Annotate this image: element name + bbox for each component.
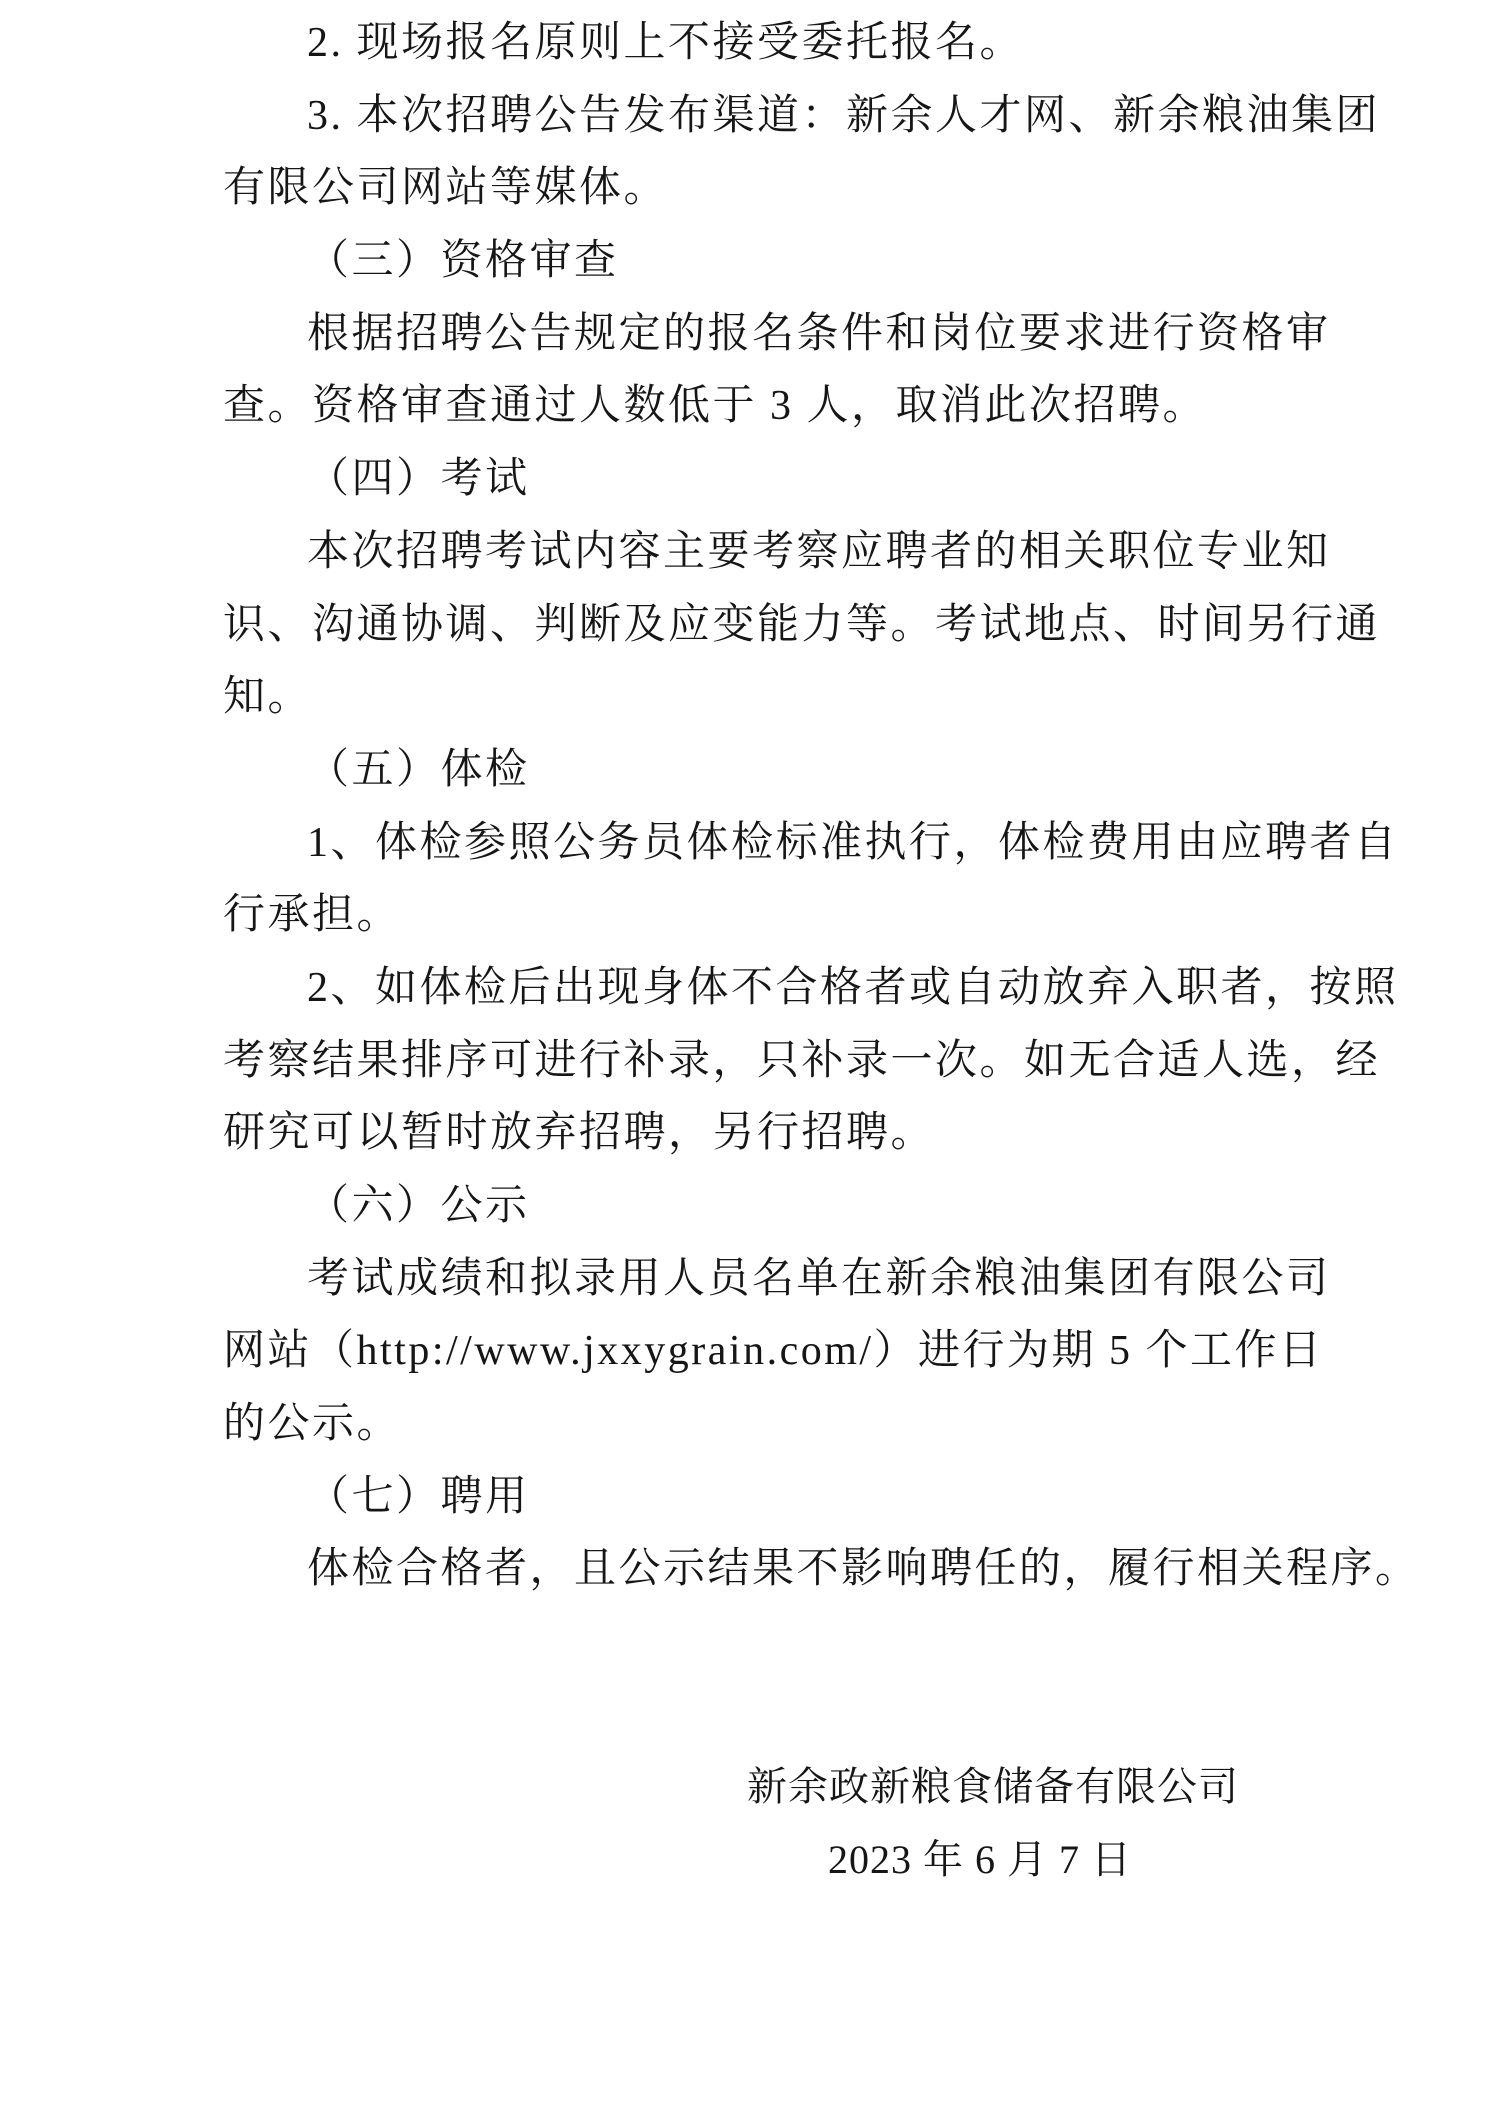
document-lines: 2. 现场报名原则上不接受委托报名。3. 本次招聘公告发布渠道：新余人才网、新余… [223, 7, 1268, 1606]
text-line: 考试成绩和拟录用人员名单在新余粮油集团有限公司 [223, 1243, 1268, 1316]
text-line: 研究可以暂时放弃招聘，另行招聘。 [223, 1097, 1268, 1170]
text-line: 考察结果排序可进行补录，只补录一次。如无合适人选，经 [223, 1025, 1268, 1098]
text-line: 1、体检参照公务员体检标准执行，体检费用由应聘者自 [223, 807, 1268, 880]
text-line: 3. 本次招聘公告发布渠道：新余人才网、新余粮油集团 [223, 80, 1268, 153]
text-line: 根据招聘公告规定的报名条件和岗位要求进行资格审 [223, 298, 1268, 371]
signature-company: 新余政新粮食储备有限公司 [747, 1751, 1239, 1824]
signature-date: 2023 年 6 月 7 日 [828, 1824, 1132, 1897]
text-line: 知。 [223, 661, 1268, 734]
text-line: 的公示。 [223, 1388, 1268, 1461]
text-line: 查。资格审查通过人数低于 3 人，取消此次招聘。 [223, 370, 1268, 443]
text-line: 本次招聘考试内容主要考察应聘者的相关职位专业知 [223, 516, 1268, 589]
text-line: 识、沟通协调、判断及应变能力等。考试地点、时间另行通 [223, 589, 1268, 662]
text-line: 行承担。 [223, 879, 1268, 952]
text-line: （三）资格审查 [223, 225, 1268, 298]
text-line: 2. 现场报名原则上不接受委托报名。 [223, 7, 1268, 80]
document-page: 2. 现场报名原则上不接受委托报名。3. 本次招聘公告发布渠道：新余人才网、新余… [0, 0, 1489, 2105]
text-line: 有限公司网站等媒体。 [223, 152, 1268, 225]
text-line: （六）公示 [223, 1170, 1268, 1243]
text-line: 网站（http://www.jxxygrain.com/）进行为期 5 个工作日 [223, 1315, 1268, 1388]
text-line: （五）体检 [223, 734, 1268, 807]
text-line: 2、如体检后出现身体不合格者或自动放弃入职者，按照 [223, 952, 1268, 1025]
text-line: 体检合格者，且公示结果不影响聘任的，履行相关程序。 [223, 1533, 1268, 1606]
text-line: （四）考试 [223, 443, 1268, 516]
text-line: （七）聘用 [223, 1461, 1268, 1534]
